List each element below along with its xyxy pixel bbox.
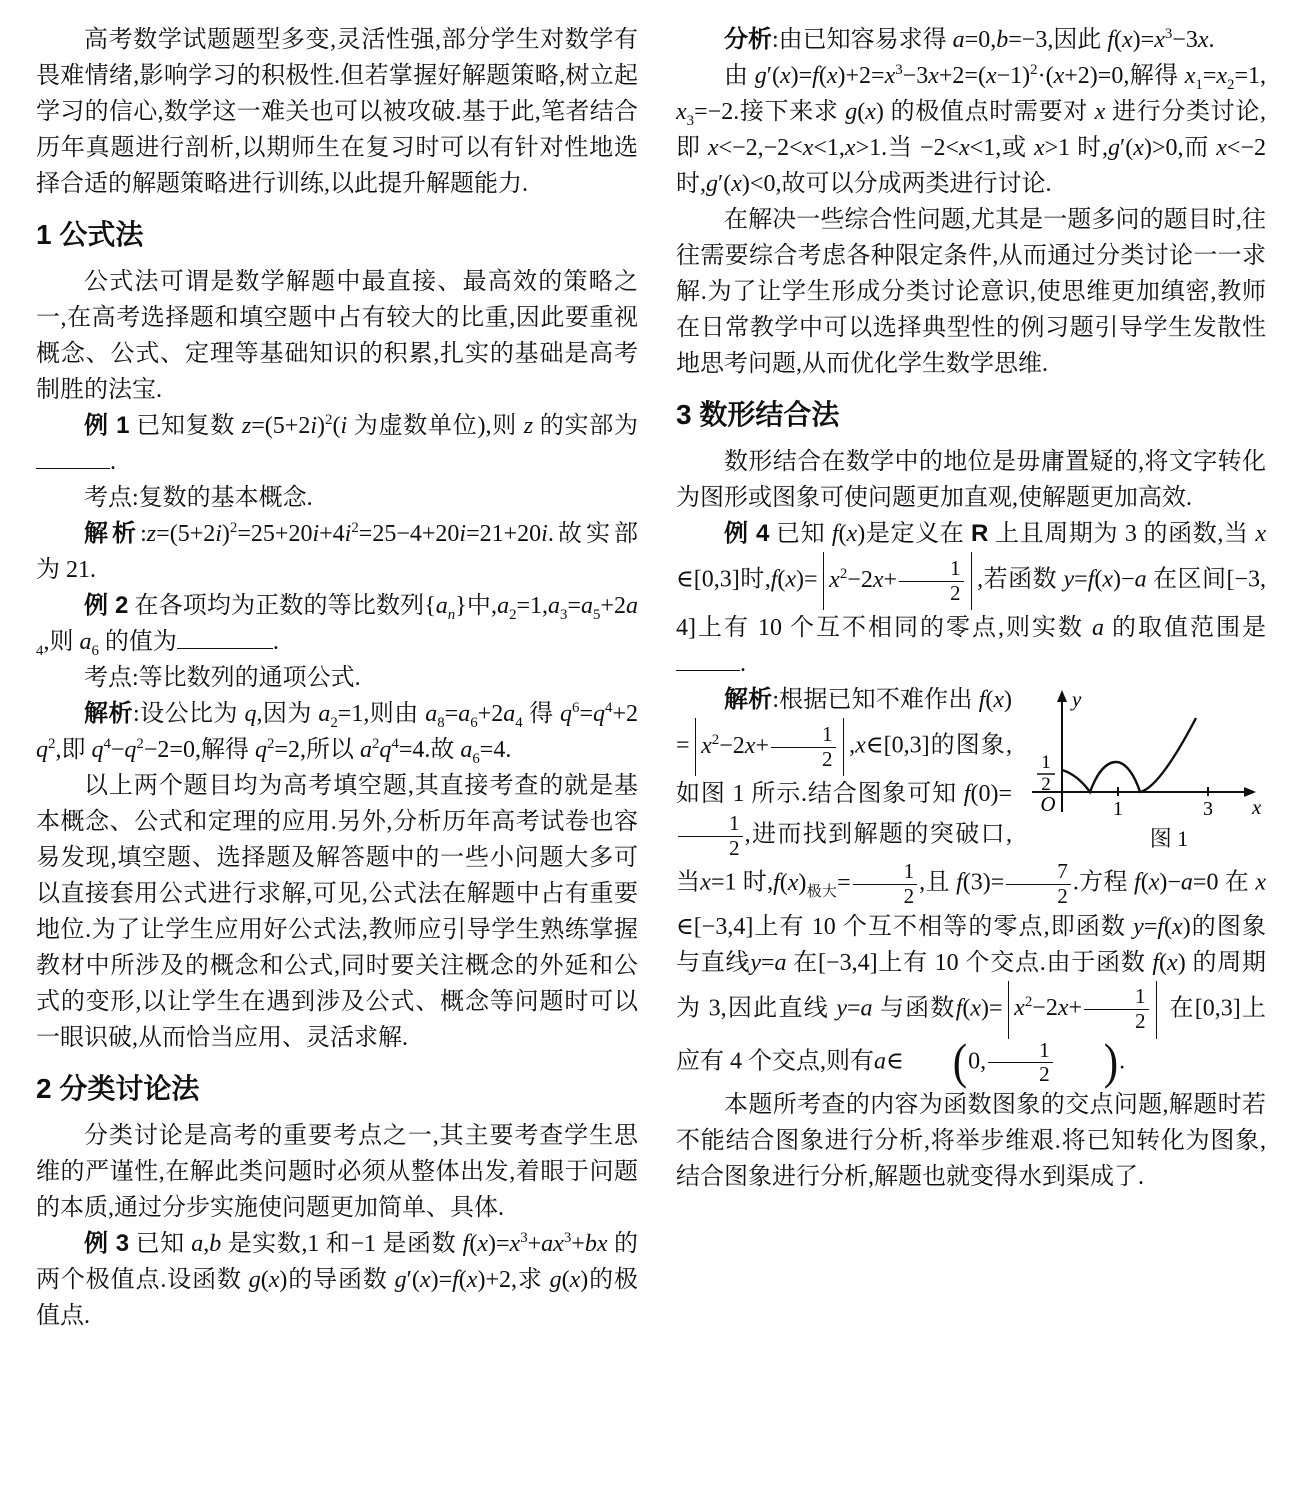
origin-label: O xyxy=(1040,792,1055,816)
answer-blank xyxy=(177,624,273,649)
tick-3-label: 3 xyxy=(1203,798,1213,820)
math-expression: f(x) xyxy=(832,521,865,547)
math-expression: g′(x)<0 xyxy=(706,171,775,197)
math-expression: f(x)=x3−3x xyxy=(1107,27,1208,53)
answer-blank xyxy=(676,646,740,671)
intro-paragraph: 高考数学试题题型多变,灵活性强,部分学生对数学有畏难情绪,影响学习的积极性.但若… xyxy=(36,22,638,202)
math-expression: a xyxy=(1092,615,1104,641)
math-expression: q2=2 xyxy=(255,737,300,763)
section-3-paragraph: 数形结合在数学中的地位是毋庸置疑的,将文字转化为图形或图象可使问题更加直观,使解… xyxy=(676,444,1266,516)
section-2-heading: 2 分类讨论法 xyxy=(36,1072,638,1106)
x-axis-label: x xyxy=(1251,795,1262,819)
example-3-fenxi: 分析:由已知容易求得 a=0,b=−3,因此 f(x)=x3−3x. xyxy=(676,22,1266,58)
y-half-numerator: 1 xyxy=(1041,752,1051,773)
example-3-fenxi-2: 由 g′(x)=f(x)+2=x3−3x+2=(x−1)2·(x+2)=0,解得… xyxy=(676,58,1266,202)
answer-blank xyxy=(36,444,110,469)
y-axis-label: y xyxy=(1070,688,1082,711)
absolute-value-bar xyxy=(695,718,697,776)
math-expression: x2−2x+ xyxy=(829,567,897,593)
math-expression: f(x) xyxy=(1152,950,1185,976)
section-3-heading: 3 数形结合法 xyxy=(676,398,1266,432)
math-expression: f(x)极大= xyxy=(773,870,851,896)
math-expression: g(x) xyxy=(550,1267,589,1293)
math-expression: y=f(x) xyxy=(1133,914,1191,940)
function-curve xyxy=(1062,718,1196,792)
math-expression: x2−2x+ xyxy=(701,733,769,759)
math-expression: a8=a6+2a4 xyxy=(425,701,522,727)
example-1-kaodian: 考点:复数的基本概念. xyxy=(36,480,638,516)
section-2-paragraph: 分类讨论是高考的重要考点之一,其主要考查学生思维的严谨性,在解此类问题时必须从整… xyxy=(36,1118,638,1226)
absolute-value-bar xyxy=(1008,981,1010,1039)
left-column: 高考数学试题题型多变,灵活性强,部分学生对数学有畏难情绪,影响学习的积极性.但若… xyxy=(36,22,638,1334)
math-expression: g(x) xyxy=(845,99,884,125)
example-2: 例 2 在各项均为正数的等比数列{an}中,a2=1,a3=a5+2a4,则 a… xyxy=(36,588,638,660)
math-expression: x<−2 xyxy=(1216,135,1266,161)
fraction: 12 xyxy=(988,1039,1053,1087)
example-1: 例 1 已知复数 z=(5+2i)2(i 为虚数单位),则 z 的实部为. xyxy=(36,408,638,480)
math-expression: x2−2x+ xyxy=(1014,995,1082,1021)
math-expression: x=1 xyxy=(700,870,736,896)
bold-label: R xyxy=(971,520,988,547)
figure-1-caption: 图 1 xyxy=(1024,824,1266,854)
math-expression: x∈[0, xyxy=(855,733,909,759)
math-expression: a6 xyxy=(79,629,98,655)
math-expression: a2=1 xyxy=(318,701,363,727)
figure-1: 1 2 y x O 1 3 图 1 xyxy=(1024,688,1266,854)
example-1-jiexi: 解析:z=(5+2i)2=25+20i+4i2=25−4+20i=21+20i.… xyxy=(36,516,638,588)
bold-label: 分析 xyxy=(724,26,772,53)
example-3: 例 3 已知 a,b 是实数,1 和−1 是函数 f(x)=x3+ax3+bx … xyxy=(36,1226,638,1334)
fraction: 72 xyxy=(1006,860,1071,908)
fraction: 12 xyxy=(771,723,836,771)
math-expression: g′(x)>0 xyxy=(1108,135,1177,161)
section-3-summary: 本题所考查的内容为函数图象的交点问题,解题时若不能结合图象进行分析,将举步维艰.… xyxy=(676,1087,1266,1195)
math-expression: f(x)−a=0 xyxy=(1134,870,1218,896)
right-column: 分析:由已知容易求得 a=0,b=−3,因此 f(x)=x3−3x.由 g′(x… xyxy=(676,22,1266,1195)
section-1-summary: 以上两个题目均为高考填空题,其直接考查的就是基本概念、公式和定理的应用.另外,分… xyxy=(36,768,638,1056)
bold-label: 解析 xyxy=(84,520,140,547)
article-page: 高考数学试题题型多变,灵活性强,部分学生对数学有畏难情绪,影响学习的积极性.但若… xyxy=(0,0,1300,1490)
math-expression: y=a xyxy=(836,995,872,1021)
fraction: 12 xyxy=(1084,985,1149,1033)
math-expression: z xyxy=(524,413,533,439)
math-expression: an xyxy=(436,593,455,619)
math-expression: g′(x)=f(x)+2 xyxy=(395,1267,511,1293)
fraction: 12 xyxy=(853,860,918,908)
math-expression: a=0,b=−3 xyxy=(953,27,1048,53)
example-4: 例 4 已知 f(x)是定义在 R 上且周期为 3 的函数,当 x∈[0,3]时… xyxy=(676,516,1266,682)
tick-1-label: 1 xyxy=(1113,798,1123,820)
math-expression: y=f(x)−a xyxy=(1064,567,1147,593)
math-expression: a2q4=4 xyxy=(360,737,424,763)
bold-label: 例 2 xyxy=(84,592,128,619)
fraction: 12 xyxy=(899,557,964,605)
math-expression: −2<x<1 xyxy=(920,135,995,161)
bold-label: 例 4 xyxy=(724,520,769,547)
section-2-summary: 在解决一些综合性问题,尤其是一题多问的题目时,往往需要综合考虑各种限定条件,从而… xyxy=(676,202,1266,382)
math-expression: f(x)= xyxy=(771,567,818,593)
absolute-value-bar xyxy=(843,718,845,776)
example-2-kaodian: 考点:等比数列的通项公式. xyxy=(36,660,638,696)
math-expression: q xyxy=(244,701,256,727)
math-expression: 0, xyxy=(968,1048,986,1074)
example-2-jiexi: 解析:设公比为 q,因为 a2=1,则由 a8=a6+2a4 得 q6=q4+2… xyxy=(36,696,638,768)
math-expression: f(x)=x3+ax3+bx xyxy=(463,1231,608,1257)
fraction: 12 xyxy=(678,812,743,860)
math-expression: f(3)= xyxy=(956,870,1004,896)
math-expression: z=(5+2i)2=25+20i+4i2=25−4+20i=21+20i xyxy=(147,521,548,547)
absolute-value-bar xyxy=(971,552,973,610)
math-expression: x xyxy=(1095,99,1106,125)
bold-label: 解析 xyxy=(84,700,133,727)
bold-label: 解析 xyxy=(724,686,772,713)
math-expression: i xyxy=(340,413,347,439)
absolute-value-bar xyxy=(1156,981,1158,1039)
math-expression: g′(x)=f(x)+2=x3−3x+2=(x−1)2·(x+2)=0 xyxy=(755,63,1124,89)
math-expression: z=(5+2i)2 xyxy=(242,413,333,439)
math-expression: a∈ xyxy=(874,1048,904,1074)
section-1-heading: 1 公式法 xyxy=(36,218,638,252)
example-4-jiexi: 1 2 y x O 1 3 图 1 解析:根据已知不难作出 f(x)=x2−2x… xyxy=(676,682,1266,1087)
bold-label: 例 3 xyxy=(84,1230,129,1257)
section-1-paragraph: 公式法可谓是数学解题中最直接、最高效的策略之一,在高考选择题和填空题中占有较大的… xyxy=(36,264,638,408)
y-axis-arrow xyxy=(1057,690,1067,702)
math-expression: g(x) xyxy=(249,1267,288,1293)
math-expression: a,b xyxy=(191,1231,221,1257)
figure-1-plot: 1 2 y x O 1 3 xyxy=(1024,688,1266,822)
math-expression: f(0)= xyxy=(964,781,1012,807)
math-expression: f(x)= xyxy=(956,995,1003,1021)
math-expression: x>1 xyxy=(1034,135,1070,161)
math-expression: y=a xyxy=(750,950,786,976)
math-expression: x<−2,−2<x<1,x>1 xyxy=(708,135,881,161)
math-expression: a6=4 xyxy=(460,737,505,763)
bold-label: 例 1 xyxy=(84,412,129,439)
math-expression: q4−q2−2=0 xyxy=(91,737,195,763)
absolute-value-bar xyxy=(823,552,825,610)
